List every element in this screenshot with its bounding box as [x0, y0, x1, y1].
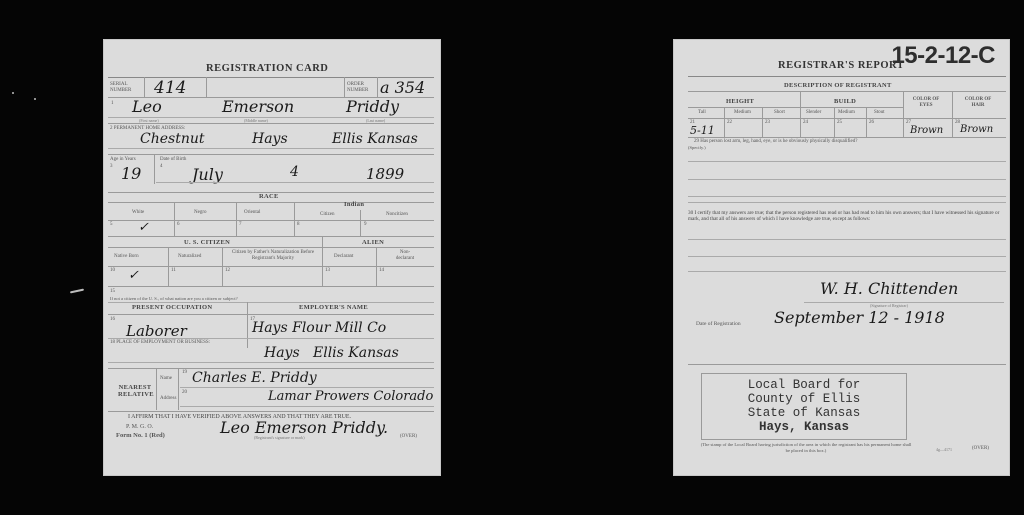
- home-county-state: Ellis Kansas: [332, 131, 418, 147]
- field-number: 10: [110, 268, 115, 273]
- relative-address: Lamar Prowers Colorado: [268, 389, 433, 404]
- field15-label: If not a citizen of the U. S., of what n…: [110, 296, 238, 301]
- field-number: 22: [727, 120, 732, 125]
- registration-card-front: REGISTRATION CARD SERIAL NUMBER 414 ORDE…: [103, 39, 441, 476]
- dob-label: Date of Birth: [160, 157, 186, 162]
- field-number: 8: [297, 222, 300, 227]
- order-label: ORDER NUMBER: [347, 82, 373, 94]
- nearest-relative-label: NEAREST RELATIVE: [118, 384, 152, 398]
- registrars-report-title: REGISTRAR'S REPORT: [778, 60, 904, 71]
- alien-col-nondeclarant: Non-declarant: [392, 250, 418, 262]
- middle-name: Emerson: [222, 97, 294, 116]
- field-number: 7: [239, 222, 242, 227]
- field-number: 20: [182, 390, 187, 395]
- height-col-tall: Tall: [698, 110, 706, 115]
- field-number: 6: [177, 222, 180, 227]
- last-name: Priddy: [346, 97, 399, 116]
- field-number: 3: [110, 164, 113, 169]
- form-number: Form No. 1 (Red): [116, 432, 165, 439]
- race-col-noncitizen: Noncitizen: [386, 212, 408, 217]
- dob-year: 1899: [366, 165, 404, 183]
- over-label: (OVER): [972, 446, 989, 451]
- field-number: 11: [171, 268, 176, 273]
- alien-label: ALIEN: [362, 239, 384, 246]
- build-col-stout: Stout: [874, 110, 885, 115]
- occupation-label: PRESENT OCCUPATION: [132, 304, 212, 311]
- stamp-line: County of Ellis: [702, 392, 906, 406]
- home-street: Chestnut: [140, 131, 204, 147]
- scan-speck: [34, 98, 36, 100]
- field-number: 5: [110, 222, 113, 227]
- scan-speck: [12, 92, 14, 94]
- race-white-check: ✓: [138, 220, 149, 235]
- form-code: 4g—4171: [936, 447, 952, 452]
- order-number: a 354: [380, 78, 425, 97]
- citizen-col-native: Native Born: [114, 254, 139, 259]
- registration-card-back: 15-2-12-C REGISTRAR'S REPORT DESCRIPTION…: [673, 39, 1010, 476]
- local-board-stamp: Local Board for County of Ellis State of…: [701, 373, 907, 440]
- scan-speck: [70, 289, 84, 294]
- race-col-negro: Negro: [194, 210, 207, 215]
- build-label: BUILD: [834, 98, 856, 105]
- build-col-slender: Slender: [806, 110, 821, 115]
- stamp-note: (The stamp of the Local Board having jur…: [700, 442, 912, 453]
- stamp-number: 15-2-12-C: [891, 42, 995, 70]
- dob-day: 4: [290, 164, 299, 180]
- native-born-check: ✓: [128, 268, 139, 283]
- q29-specify: (Specify.): [688, 145, 706, 150]
- field-number: 23: [765, 120, 770, 125]
- field-number: 1: [111, 101, 114, 106]
- field-number: 14: [379, 268, 384, 273]
- employer-value: Hays Flour Mill Co: [252, 320, 386, 336]
- height-value: 5-11: [690, 124, 715, 137]
- height-col-short: Short: [774, 110, 785, 115]
- height-label: HEIGHT: [726, 98, 754, 105]
- relative-address-label: Address: [160, 396, 176, 401]
- description-label: DESCRIPTION OF REGISTRANT: [784, 82, 892, 89]
- alien-col-declarant: Declarant: [334, 254, 353, 259]
- field-number: 24: [803, 120, 808, 125]
- signature-caption: (Registrant's signature or mark): [254, 435, 305, 440]
- citizen-col-fathers: Citizen by Father's Naturalization Befor…: [229, 250, 317, 262]
- stamp-line: Hays, Kansas: [702, 420, 906, 434]
- stamp-line: Local Board for: [702, 378, 906, 392]
- registrar-signature: W. H. Chittenden: [820, 279, 958, 298]
- indian-label: Indian: [344, 201, 364, 208]
- field-number: 26: [869, 120, 874, 125]
- serial-number: 414: [154, 78, 186, 98]
- place-value: Hays Ellis Kansas: [264, 345, 399, 361]
- card-title: REGISTRATION CARD: [206, 63, 328, 74]
- field-number: 4: [160, 164, 163, 169]
- build-col-medium: Medium: [838, 110, 855, 115]
- q29-text: 29 Has person lost arm, leg, hand, eye, …: [694, 139, 857, 144]
- age-value: 19: [121, 164, 141, 183]
- over-label: (OVER): [400, 434, 417, 439]
- eyes-label: COLOR OF EYES: [906, 97, 946, 109]
- race-label: RACE: [259, 193, 279, 200]
- race-col-citizen: Citizen: [320, 212, 334, 217]
- employer-label: EMPLOYER'S NAME: [299, 304, 368, 311]
- relative-name: Charles E. Priddy: [192, 370, 317, 386]
- stamp-line: State of Kansas: [702, 406, 906, 420]
- citizen-col-naturalized: Naturalized: [178, 254, 201, 259]
- hair-value: Brown: [960, 124, 993, 135]
- serial-label: SERIAL NUMBER: [110, 82, 140, 94]
- field-number: 19: [182, 370, 187, 375]
- age-label: Age in Years: [110, 157, 136, 162]
- us-citizen-label: U. S. CITIZEN: [184, 239, 230, 246]
- first-name: Leo: [132, 97, 162, 116]
- date-label: Date of Registration: [696, 321, 741, 327]
- field-number: 13: [325, 268, 330, 273]
- race-col-white: White: [132, 210, 144, 215]
- relative-name-label: Name: [160, 376, 172, 381]
- field-number: 16: [110, 317, 115, 322]
- field-number: 15: [110, 289, 115, 294]
- q30-text: 30 I certify that my answers are true; t…: [688, 210, 1004, 223]
- eyes-value: Brown: [910, 125, 943, 136]
- home-city: Hays: [252, 131, 288, 147]
- race-col-oriental: Oriental: [244, 210, 260, 215]
- registration-date: September 12 - 1918: [774, 308, 945, 327]
- place-label: 18 PLACE OF EMPLOYMENT OR BUSINESS:: [110, 340, 210, 345]
- hair-label: COLOR OF HAIR: [958, 97, 998, 109]
- field-number: 25: [837, 120, 842, 125]
- height-col-medium: Medium: [734, 110, 751, 115]
- field-number: 9: [364, 222, 367, 227]
- field-number: 12: [225, 268, 230, 273]
- pmgo-label: P. M. G. O.: [126, 424, 153, 430]
